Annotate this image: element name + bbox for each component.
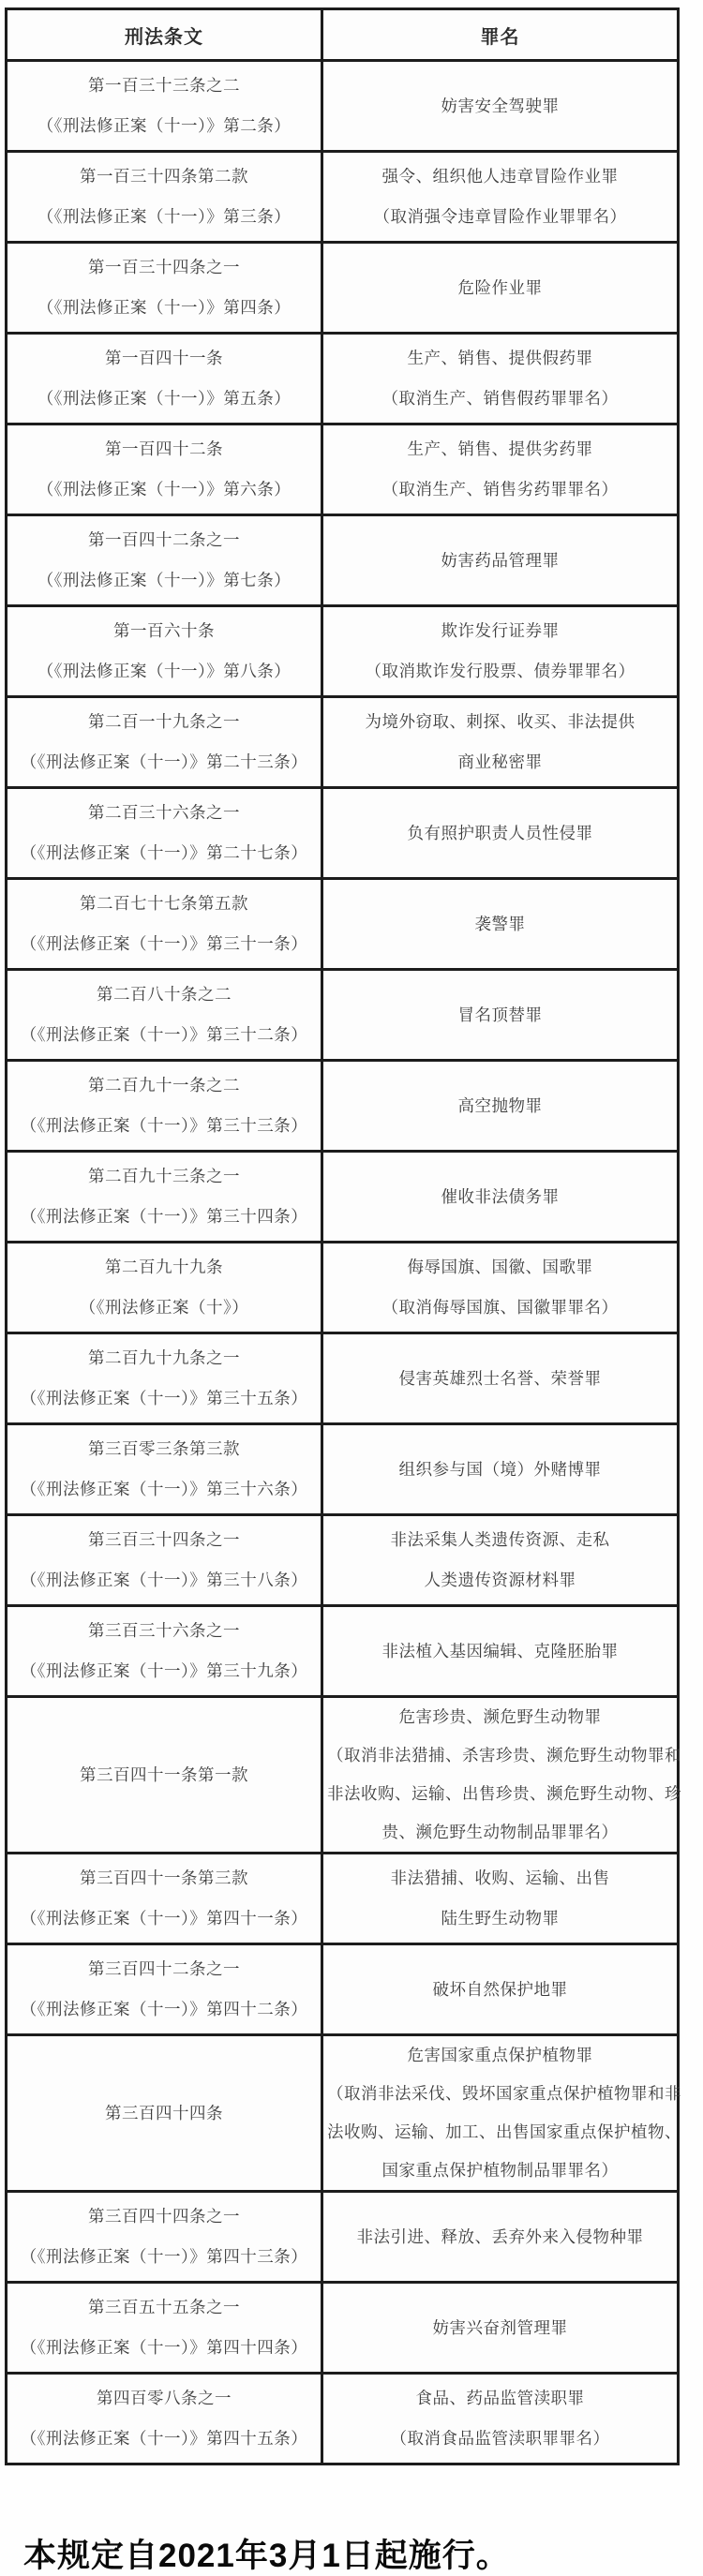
article-cell: 第四百零八条之一（《刑法修正案（十一）》第四十五条） <box>7 2374 322 2464</box>
article-line: （《刑法修正案（十一）》第四十三条） <box>11 2237 317 2277</box>
crime-line: 非法采集人类遗传资源、走私 <box>327 1520 673 1560</box>
crime-line: 危害国家重点保护植物罪 <box>327 2036 673 2075</box>
table-row: 第三百五十五条之一（《刑法修正案（十一）》第四十四条）妨害兴奋剂管理罪 <box>7 2283 679 2374</box>
article-cell: 第二百九十九条（《刑法修正案（十》） <box>7 1243 322 1333</box>
article-cell: 第三百四十四条之一（《刑法修正案（十一）》第四十三条） <box>7 2192 322 2283</box>
article-line: 第一百三十四条之一 <box>11 247 317 288</box>
table-row: 第二百八十条之二（《刑法修正案（十一）》第三十二条）冒名顶替罪 <box>7 970 679 1061</box>
article-line: 第三百四十一条第三款 <box>11 1858 317 1898</box>
article-line: 第二百一十九条之一 <box>11 702 317 742</box>
article-line: 第一百六十条 <box>11 611 317 651</box>
article-line: （《刑法修正案（十一）》第四十五条） <box>11 2419 317 2459</box>
article-line: （《刑法修正案（十一）》第二十七条） <box>11 833 317 873</box>
table-row: 第一百四十二条之一（《刑法修正案（十一）》第七条）妨害药品管理罪 <box>7 515 679 606</box>
crime-line: 欺诈发行证券罪 <box>327 611 673 651</box>
article-line: 第三百四十四条之一 <box>11 2196 317 2237</box>
crime-cell: 非法采集人类遗传资源、走私人类遗传资源材料罪 <box>322 1515 679 1606</box>
article-line: 第二百九十九条 <box>11 1247 317 1288</box>
table-row: 第三百四十四条之一（《刑法修正案（十一）》第四十三条）非法引进、释放、丢弃外来入… <box>7 2192 679 2283</box>
column-header-crime: 罪名 <box>322 9 679 61</box>
crime-cell: 食品、药品监管渎职罪（取消食品监管渎职罪罪名） <box>322 2374 679 2464</box>
article-line: 第三百四十四条 <box>11 2094 317 2133</box>
article-cell: 第二百九十九条之一（《刑法修正案（十一）》第三十五条） <box>7 1333 322 1424</box>
crime-cell: 为境外窃取、刺探、收买、非法提供商业秘密罪 <box>322 697 679 788</box>
article-line: （《刑法修正案（十一）》第四十一条） <box>11 1898 317 1939</box>
article-cell: 第二百一十九条之一（《刑法修正案（十一）》第二十三条） <box>7 697 322 788</box>
crime-line: 负有照护职责人员性侵罪 <box>327 813 673 854</box>
article-line: （《刑法修正案（十一）》第四条） <box>11 288 317 328</box>
article-line: （《刑法修正案（十一）》第四十二条） <box>11 1989 317 2030</box>
crime-line: 贵、濒危野生动物制品罪罪名） <box>327 1813 673 1852</box>
crime-cell: 非法引进、释放、丢弃外来入侵物种罪 <box>322 2192 679 2283</box>
crime-cell: 破坏自然保护地罪 <box>322 1944 679 2035</box>
table-row: 第一百四十一条（《刑法修正案（十一）》第五条）生产、销售、提供假药罪（取消生产、… <box>7 334 679 424</box>
article-cell: 第一百三十四条之一（《刑法修正案（十一）》第四条） <box>7 243 322 334</box>
table-row: 第二百九十九条（《刑法修正案（十》）侮辱国旗、国徽、国歌罪（取消侮辱国旗、国徽罪… <box>7 1243 679 1333</box>
article-cell: 第一百四十二条（《刑法修正案（十一）》第六条） <box>7 424 322 515</box>
article-cell: 第一百三十四条第二款（《刑法修正案（十一）》第三条） <box>7 152 322 243</box>
article-line: 第二百九十九条之一 <box>11 1338 317 1378</box>
crime-line: 非法植入基因编辑、克隆胚胎罪 <box>327 1631 673 1672</box>
article-cell: 第一百六十条（《刑法修正案（十一）》第八条） <box>7 606 322 697</box>
article-cell: 第三百四十一条第一款 <box>7 1697 322 1854</box>
table-row: 第二百七十七条第五款（《刑法修正案（十一）》第三十一条）袭警罪 <box>7 879 679 970</box>
article-cell: 第二百三十六条之一（《刑法修正案（十一）》第二十七条） <box>7 788 322 879</box>
article-line: （《刑法修正案（十一）》第七条） <box>11 560 317 601</box>
article-line: 第三百三十六条之一 <box>11 1611 317 1651</box>
article-cell: 第二百九十三条之一（《刑法修正案（十一）》第三十四条） <box>7 1152 322 1243</box>
crime-line: 妨害安全驾驶罪 <box>327 86 673 127</box>
table-row: 第二百九十三条之一（《刑法修正案（十一）》第三十四条）催收非法债务罪 <box>7 1152 679 1243</box>
crime-cell: 冒名顶替罪 <box>322 970 679 1061</box>
crime-cell: 妨害安全驾驶罪 <box>322 61 679 152</box>
article-line: 第一百四十二条 <box>11 429 317 469</box>
table-row: 第三百零三条第三款（《刑法修正案（十一）》第三十六条）组织参与国（境）外赌博罪 <box>7 1424 679 1515</box>
table-row: 第一百六十条（《刑法修正案（十一）》第八条）欺诈发行证券罪（取消欺诈发行股票、债… <box>7 606 679 697</box>
crime-line: 催收非法债务罪 <box>327 1177 673 1217</box>
crime-cell: 袭警罪 <box>322 879 679 970</box>
article-line: 第二百九十一条之二 <box>11 1065 317 1106</box>
article-line: 第三百五十五条之一 <box>11 2287 317 2328</box>
article-line: 第一百四十一条 <box>11 338 317 379</box>
crime-line: （取消非法猎捕、杀害珍贵、濒危野生动物罪和 <box>327 1736 673 1775</box>
article-line: （《刑法修正案（十一）》第三十二条） <box>11 1015 317 1055</box>
header-row: 刑法条文 罪名 <box>7 9 679 61</box>
crime-cell: 生产、销售、提供假药罪（取消生产、销售假药罪罪名） <box>322 334 679 424</box>
article-line: （《刑法修正案（十一）》第三十八条） <box>11 1560 317 1601</box>
crime-line: 袭警罪 <box>327 904 673 945</box>
crime-line: 食品、药品监管渎职罪 <box>327 2378 673 2419</box>
table-row: 第一百三十四条之一（《刑法修正案（十一）》第四条）危险作业罪 <box>7 243 679 334</box>
crime-cell: 强令、组织他人违章冒险作业罪（取消强令违章冒险作业罪罪名） <box>322 152 679 243</box>
table-row: 第三百三十六条之一（《刑法修正案（十一）》第三十九条）非法植入基因编辑、克隆胚胎… <box>7 1606 679 1697</box>
article-line: （《刑法修正案（十一）》第四十四条） <box>11 2328 317 2368</box>
article-line: 第三百四十二条之一 <box>11 1949 317 1989</box>
crime-line: 生产、销售、提供假药罪 <box>327 338 673 379</box>
article-line: （《刑法修正案（十一）》第八条） <box>11 651 317 692</box>
article-line: （《刑法修正案（十一）》第五条） <box>11 379 317 419</box>
article-cell: 第三百四十一条第三款（《刑法修正案（十一）》第四十一条） <box>7 1854 322 1944</box>
effective-date-note: 本规定自2021年3月1日起施行。 <box>23 2530 510 2576</box>
crime-cell: 非法猎捕、收购、运输、出售陆生野生动物罪 <box>322 1854 679 1944</box>
article-cell: 第二百八十条之二（《刑法修正案（十一）》第三十二条） <box>7 970 322 1061</box>
article-cell: 第二百九十一条之二（《刑法修正案（十一）》第三十三条） <box>7 1061 322 1152</box>
article-line: （《刑法修正案（十一）》第二条） <box>11 106 317 146</box>
article-line: 第二百三十六条之一 <box>11 793 317 833</box>
article-line: （《刑法修正案（十一）》第三条） <box>11 197 317 237</box>
crime-line: 组织参与国（境）外赌博罪 <box>327 1450 673 1490</box>
table-row: 第三百四十一条第一款危害珍贵、濒危野生动物罪（取消非法猎捕、杀害珍贵、濒危野生动… <box>7 1697 679 1854</box>
table-row: 第三百四十四条危害国家重点保护植物罪（取消非法采伐、毁坏国家重点保护植物罪和非法… <box>7 2035 679 2192</box>
crime-line: （取消侮辱国旗、国徽罪罪名） <box>327 1288 673 1328</box>
table-row: 第二百三十六条之一（《刑法修正案（十一）》第二十七条）负有照护职责人员性侵罪 <box>7 788 679 879</box>
table-row: 第二百九十一条之二（《刑法修正案（十一）》第三十三条）高空抛物罪 <box>7 1061 679 1152</box>
article-line: （《刑法修正案（十一）》第六条） <box>11 469 317 510</box>
crime-line: 人类遗传资源材料罪 <box>327 1560 673 1601</box>
article-cell: 第三百三十四条之一（《刑法修正案（十一）》第三十八条） <box>7 1515 322 1606</box>
crime-table-body: 第一百三十三条之二（《刑法修正案（十一）》第二条）妨害安全驾驶罪第一百三十四条第… <box>7 61 679 2464</box>
crime-line: 非法收购、运输、出售珍贵、濒危野生动物、珍 <box>327 1775 673 1813</box>
crime-line: （取消生产、销售假药罪罪名） <box>327 379 673 419</box>
article-line: 第三百三十四条之一 <box>11 1520 317 1560</box>
crime-line: 侵害英雄烈士名誉、荣誉罪 <box>327 1359 673 1399</box>
article-line: （《刑法修正案（十一）》第二十三条） <box>11 742 317 782</box>
crime-line: 侮辱国旗、国徽、国歌罪 <box>327 1247 673 1288</box>
article-cell: 第三百三十六条之一（《刑法修正案（十一）》第三十九条） <box>7 1606 322 1697</box>
table-row: 第一百四十二条（《刑法修正案（十一）》第六条）生产、销售、提供劣药罪（取消生产、… <box>7 424 679 515</box>
crime-cell: 妨害药品管理罪 <box>322 515 679 606</box>
article-line: 第四百零八条之一 <box>11 2378 317 2419</box>
table-row: 第三百三十四条之一（《刑法修正案（十一）》第三十八条）非法采集人类遗传资源、走私… <box>7 1515 679 1606</box>
table-row: 第二百九十九条之一（《刑法修正案（十一）》第三十五条）侵害英雄烈士名誉、荣誉罪 <box>7 1333 679 1424</box>
crime-line: （取消强令违章冒险作业罪罪名） <box>327 197 673 237</box>
article-line: 第一百四十二条之一 <box>11 520 317 560</box>
article-line: （《刑法修正案（十一）》第三十三条） <box>11 1106 317 1146</box>
crime-line: 非法引进、释放、丢弃外来入侵物种罪 <box>327 2217 673 2257</box>
table-row: 第三百四十一条第三款（《刑法修正案（十一）》第四十一条）非法猎捕、收购、运输、出… <box>7 1854 679 1944</box>
article-line: （《刑法修正案（十一）》第三十九条） <box>11 1651 317 1691</box>
article-line: （《刑法修正案（十一）》第三十一条） <box>11 924 317 964</box>
article-line: 第一百三十四条第二款 <box>11 156 317 197</box>
article-line: （《刑法修正案（十》） <box>11 1288 317 1328</box>
document-page: 刑法条文 罪名 第一百三十三条之二（《刑法修正案（十一）》第二条）妨害安全驾驶罪… <box>0 0 703 2576</box>
crime-cell: 催收非法债务罪 <box>322 1152 679 1243</box>
article-cell: 第一百四十二条之一（《刑法修正案（十一）》第七条） <box>7 515 322 606</box>
crime-line: （取消欺诈发行股票、债券罪罪名） <box>327 651 673 692</box>
crime-line: 生产、销售、提供劣药罪 <box>327 429 673 469</box>
crime-cell: 负有照护职责人员性侵罪 <box>322 788 679 879</box>
crime-line: 危害珍贵、濒危野生动物罪 <box>327 1698 673 1736</box>
table-row: 第四百零八条之一（《刑法修正案（十一）》第四十五条）食品、药品监管渎职罪（取消食… <box>7 2374 679 2464</box>
article-line: 第一百三十三条之二 <box>11 66 317 106</box>
crime-cell: 危害国家重点保护植物罪（取消非法采伐、毁坏国家重点保护植物罪和非法收购、运输、加… <box>322 2035 679 2192</box>
crime-line: 高空抛物罪 <box>327 1086 673 1126</box>
crime-line: 陆生野生动物罪 <box>327 1898 673 1939</box>
crime-line: 非法猎捕、收购、运输、出售 <box>327 1858 673 1898</box>
table-row: 第二百一十九条之一（《刑法修正案（十一）》第二十三条）为境外窃取、刺探、收买、非… <box>7 697 679 788</box>
article-cell: 第三百四十二条之一（《刑法修正案（十一）》第四十二条） <box>7 1944 322 2035</box>
crime-cell: 组织参与国（境）外赌博罪 <box>322 1424 679 1515</box>
crime-line: 法收购、运输、加工、出售国家重点保护植物、 <box>327 2113 673 2152</box>
article-line: （《刑法修正案（十一）》第三十五条） <box>11 1378 317 1419</box>
crime-line: 为境外窃取、刺探、收买、非法提供 <box>327 702 673 742</box>
article-line: 第三百零三条第三款 <box>11 1429 317 1469</box>
table-row: 第一百三十三条之二（《刑法修正案（十一）》第二条）妨害安全驾驶罪 <box>7 61 679 152</box>
crime-cell: 侮辱国旗、国徽、国歌罪（取消侮辱国旗、国徽罪罪名） <box>322 1243 679 1333</box>
column-header-article: 刑法条文 <box>7 9 322 61</box>
crime-cell: 生产、销售、提供劣药罪（取消生产、销售劣药罪罪名） <box>322 424 679 515</box>
article-line: （《刑法修正案（十一）》第三十四条） <box>11 1197 317 1237</box>
crime-cell: 危险作业罪 <box>322 243 679 334</box>
article-cell: 第一百四十一条（《刑法修正案（十一）》第五条） <box>7 334 322 424</box>
crime-line: 妨害兴奋剂管理罪 <box>327 2308 673 2348</box>
crime-line: 危险作业罪 <box>327 268 673 308</box>
article-cell: 第一百三十三条之二（《刑法修正案（十一）》第二条） <box>7 61 322 152</box>
crime-cell: 非法植入基因编辑、克隆胚胎罪 <box>322 1606 679 1697</box>
criminal-law-crime-table: 刑法条文 罪名 第一百三十三条之二（《刑法修正案（十一）》第二条）妨害安全驾驶罪… <box>5 7 680 2465</box>
crime-cell: 侵害英雄烈士名誉、荣誉罪 <box>322 1333 679 1424</box>
crime-cell: 危害珍贵、濒危野生动物罪（取消非法猎捕、杀害珍贵、濒危野生动物罪和非法收购、运输… <box>322 1697 679 1854</box>
crime-cell: 妨害兴奋剂管理罪 <box>322 2283 679 2374</box>
crime-line: 国家重点保护植物制品罪罪名） <box>327 2152 673 2190</box>
crime-line: （取消生产、销售劣药罪罪名） <box>327 469 673 510</box>
article-line: 第二百七十七条第五款 <box>11 884 317 924</box>
article-cell: 第三百零三条第三款（《刑法修正案（十一）》第三十六条） <box>7 1424 322 1515</box>
crime-line: 妨害药品管理罪 <box>327 541 673 581</box>
article-line: 第二百九十三条之一 <box>11 1156 317 1197</box>
crime-line: （取消食品监管渎职罪罪名） <box>327 2419 673 2459</box>
crime-cell: 欺诈发行证券罪（取消欺诈发行股票、债券罪罪名） <box>322 606 679 697</box>
article-cell: 第二百七十七条第五款（《刑法修正案（十一）》第三十一条） <box>7 879 322 970</box>
crime-line: 强令、组织他人违章冒险作业罪 <box>327 156 673 197</box>
article-line: （《刑法修正案（十一）》第三十六条） <box>11 1469 317 1510</box>
table-row: 第三百四十二条之一（《刑法修正案（十一）》第四十二条）破坏自然保护地罪 <box>7 1944 679 2035</box>
crime-cell: 高空抛物罪 <box>322 1061 679 1152</box>
table-row: 第一百三十四条第二款（《刑法修正案（十一）》第三条）强令、组织他人违章冒险作业罪… <box>7 152 679 243</box>
article-cell: 第三百四十四条 <box>7 2035 322 2192</box>
crime-line: 破坏自然保护地罪 <box>327 1970 673 2010</box>
article-cell: 第三百五十五条之一（《刑法修正案（十一）》第四十四条） <box>7 2283 322 2374</box>
article-line: 第三百四十一条第一款 <box>11 1756 317 1794</box>
article-line: 第二百八十条之二 <box>11 975 317 1015</box>
crime-line: （取消非法采伐、毁坏国家重点保护植物罪和非 <box>327 2075 673 2113</box>
crime-line: 商业秘密罪 <box>327 742 673 782</box>
crime-line: 冒名顶替罪 <box>327 995 673 1035</box>
